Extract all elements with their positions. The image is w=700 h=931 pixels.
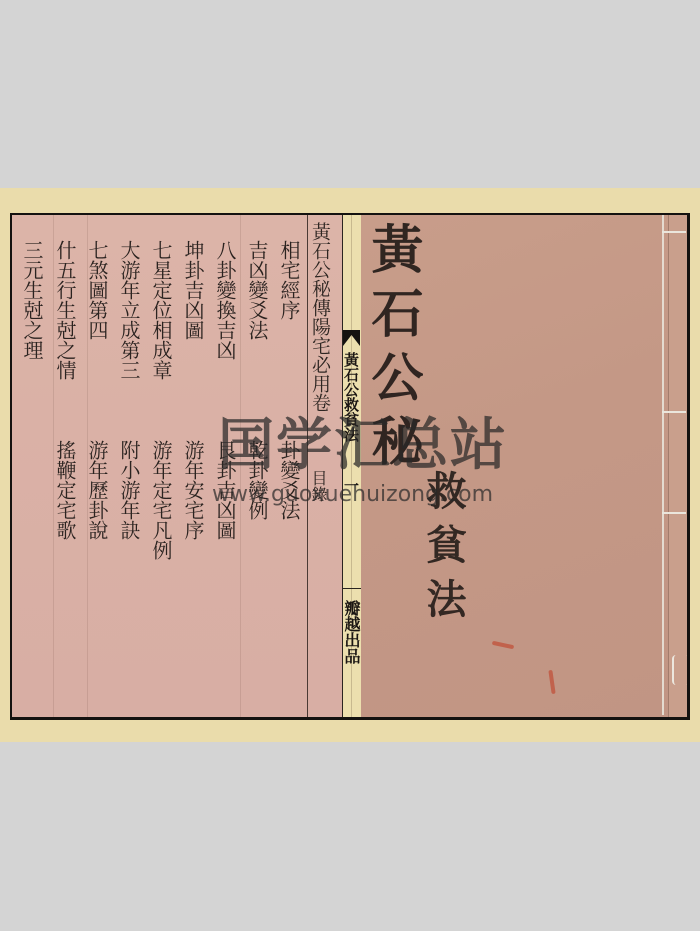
watermark-text: 国学汇总站 <box>218 418 508 474</box>
toc-item: 八卦變換吉凶 <box>215 240 235 360</box>
toc-item: 七煞圖第四 <box>87 240 107 340</box>
header-title: 黃石公秘傳陽宅必用卷 <box>310 222 329 412</box>
toc-item: 大游年立成第三 <box>119 240 139 380</box>
toc-item: 游年定宅凡例 <box>151 440 171 560</box>
watermark-url: www.guoxuehuizong.com <box>212 482 493 507</box>
toc-item: 游年歷卦說 <box>87 440 107 540</box>
toc-item: 附小游年訣 <box>119 440 139 540</box>
spine-publisher: 瓣越出品 <box>343 600 359 664</box>
toc-item: 吉凶變爻法 <box>247 240 267 340</box>
toc-item: 坤卦吉凶圖 <box>183 240 203 340</box>
toc-item: 相宅經序 <box>279 240 299 320</box>
toc-item: 搖鞭定宅歌 <box>55 440 75 540</box>
toc-item: 游年安宅序 <box>183 440 203 540</box>
toc-item: 三元生尅之理 <box>22 240 42 360</box>
toc-item: 七星定位相成章 <box>151 240 171 380</box>
toc-item: 什五行生尅之情 <box>55 240 75 380</box>
